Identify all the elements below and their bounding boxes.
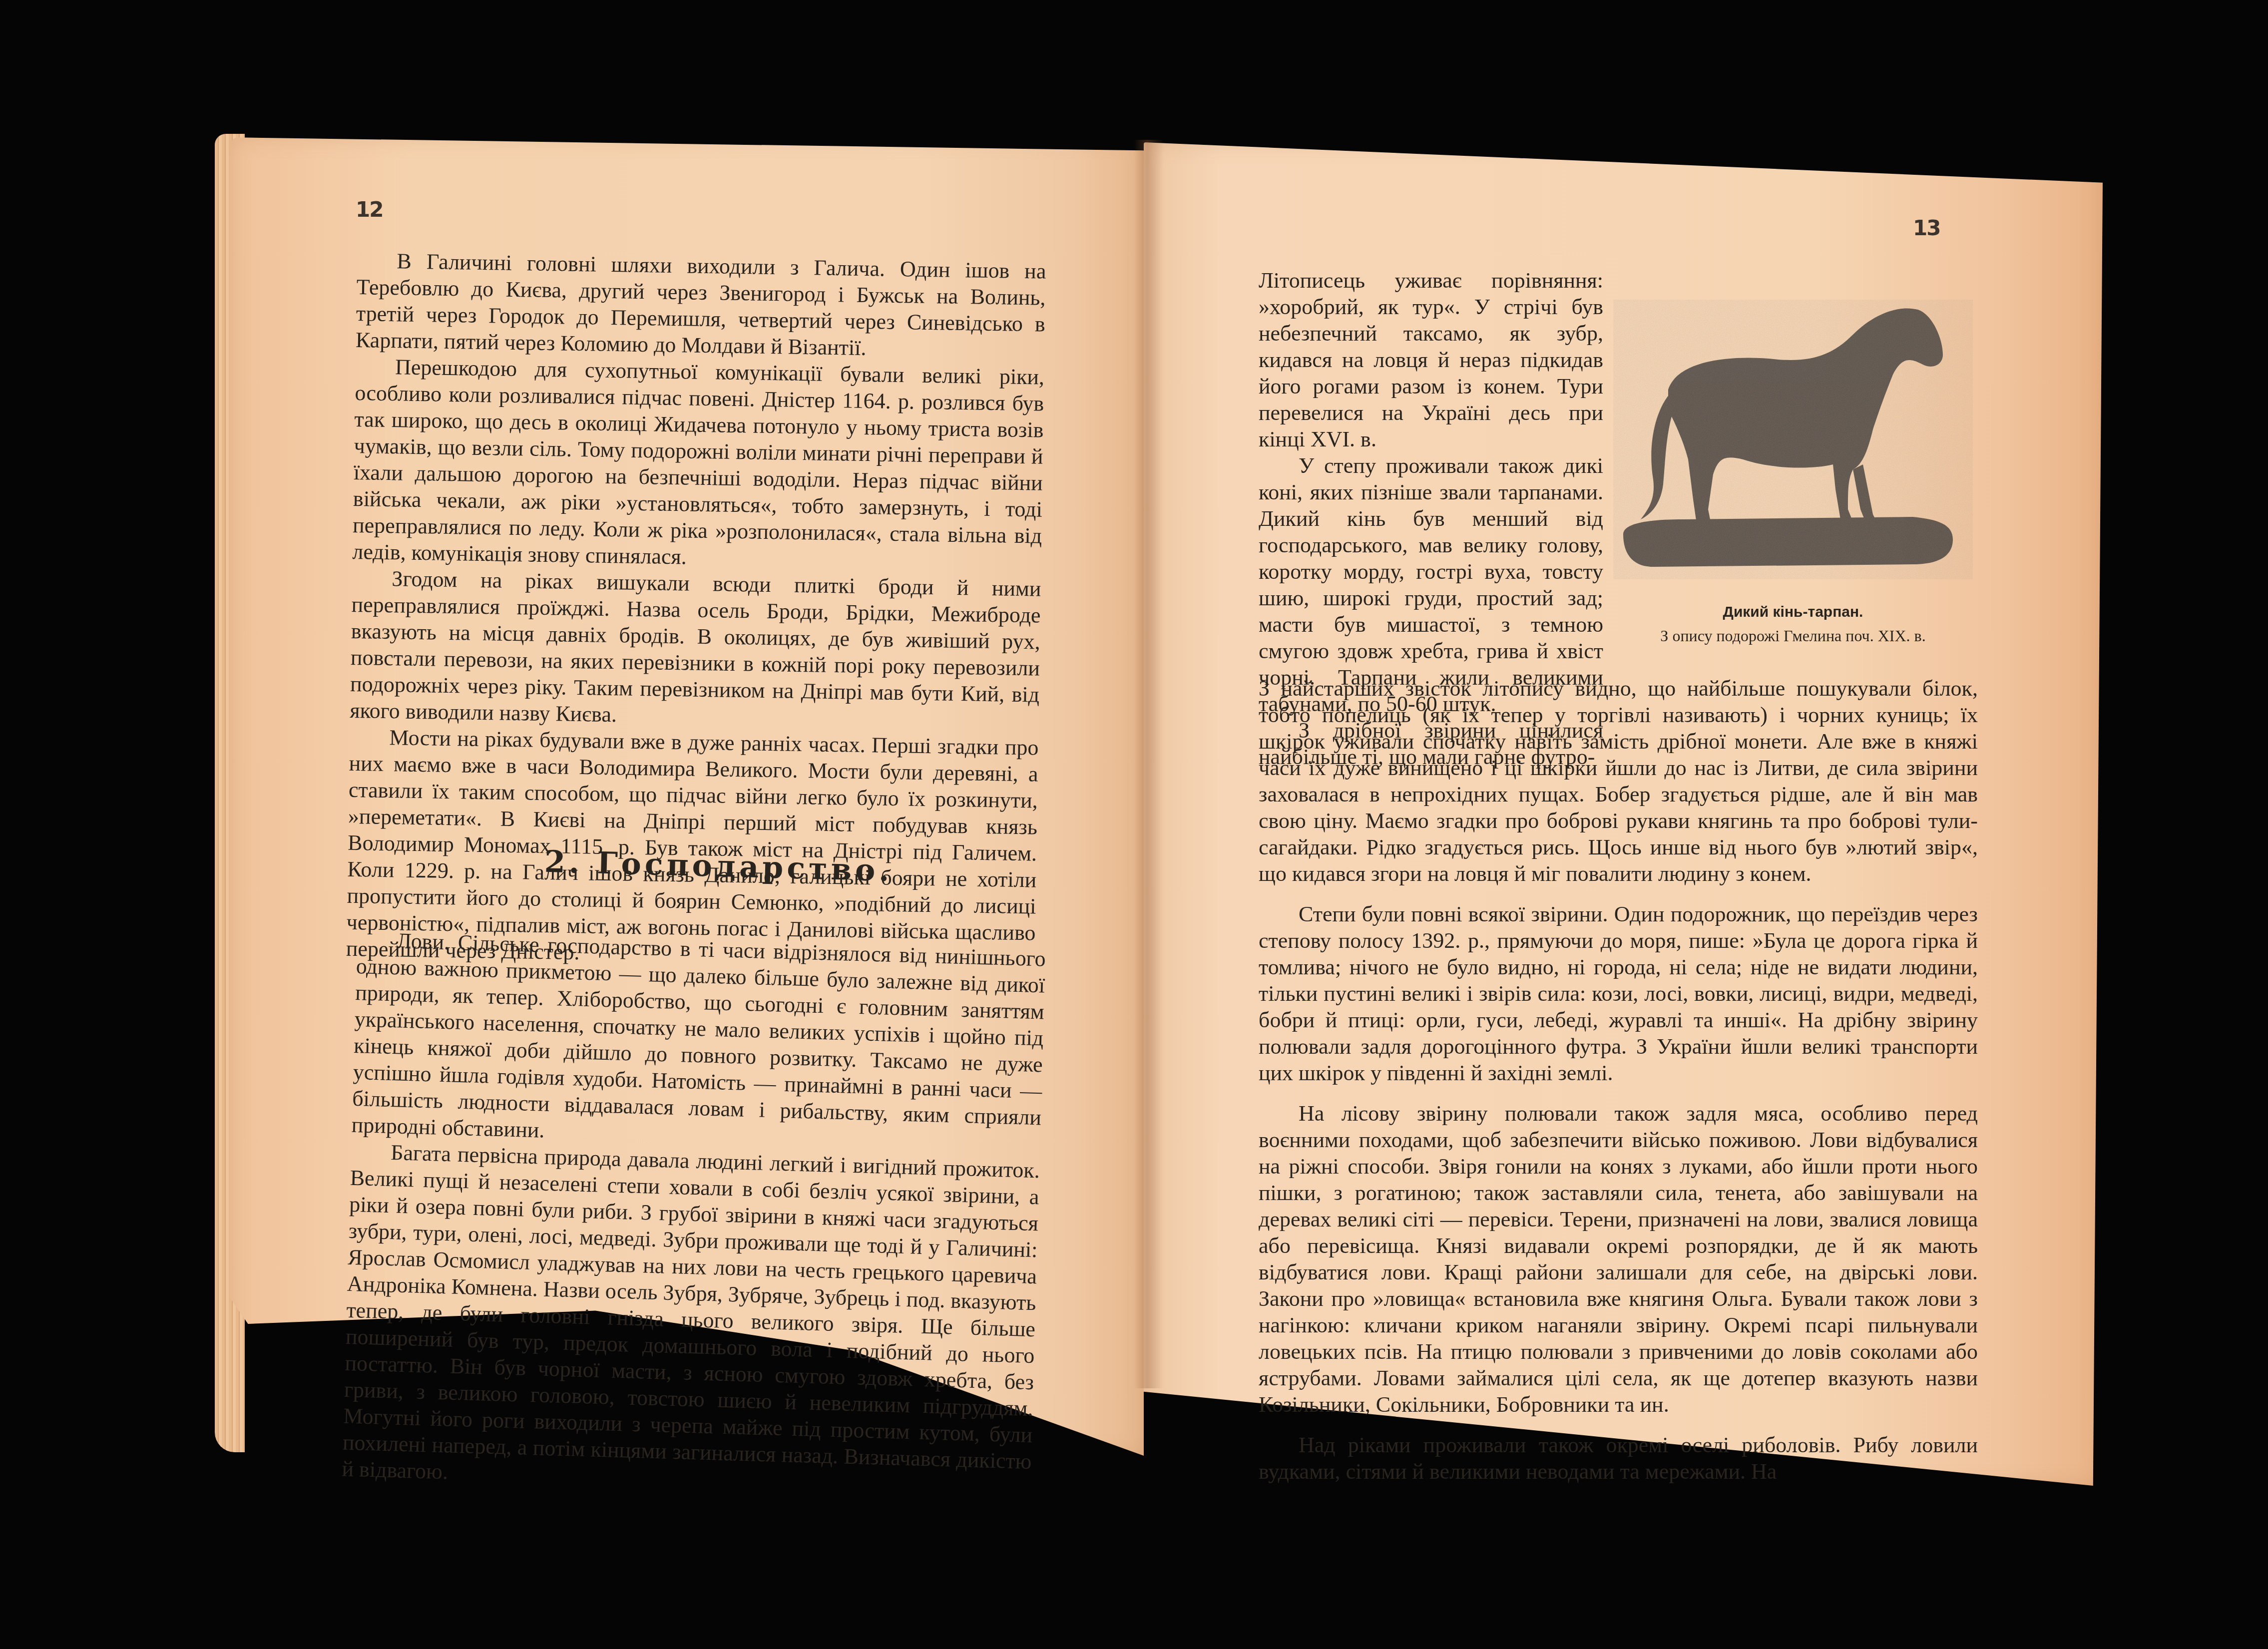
paragraph: З найстарших звісток літопису видно, що … <box>1259 675 1978 887</box>
paragraph: Перешкодою для сухопутньої комунікації б… <box>352 353 1044 576</box>
page-number-right: 13 <box>1913 216 1940 240</box>
paragraph: На лісову звірину полювали також задля м… <box>1259 1100 1978 1418</box>
page-number-left: 12 <box>356 197 383 222</box>
book-gutter <box>1134 140 1164 1388</box>
paragraph: Над ріками проживали також окремі оселі … <box>1259 1432 1978 1485</box>
figure-tarpan: Дикий кінь-тарпан. З опису подорожі Гмел… <box>1613 300 1973 664</box>
left-page-text-bottom: Лови. Сільське господарство в ті часи ві… <box>342 926 1046 1501</box>
paragraph: Степи були повні всякої звірини. Один по… <box>1259 901 1978 1086</box>
paragraph: Літописець уживає порівняння: »хоробрий,… <box>1259 267 1603 452</box>
figure-caption-title: Дикий кінь-тарпан. <box>1613 604 1973 621</box>
paragraph: Лови. Сільське господарство в ті часи ві… <box>351 926 1046 1157</box>
figure-caption-source: З опису подорожі Гмелина поч. XIX. в. <box>1613 627 1973 645</box>
tarpan-horse-icon <box>1613 300 1973 579</box>
right-page-text: З найстарших звісток літопису видно, що … <box>1259 675 1978 1485</box>
book-spread: 12 В Галичині головні шляхи виходили з Г… <box>0 0 2268 1649</box>
paragraph: Багата первісна природа давала людині ле… <box>342 1138 1040 1501</box>
paragraph: Згодом на ріках вишукали всюди плиткі бр… <box>350 565 1041 735</box>
paragraph: В Галичині головні шляхи виходили з Гали… <box>356 247 1046 364</box>
